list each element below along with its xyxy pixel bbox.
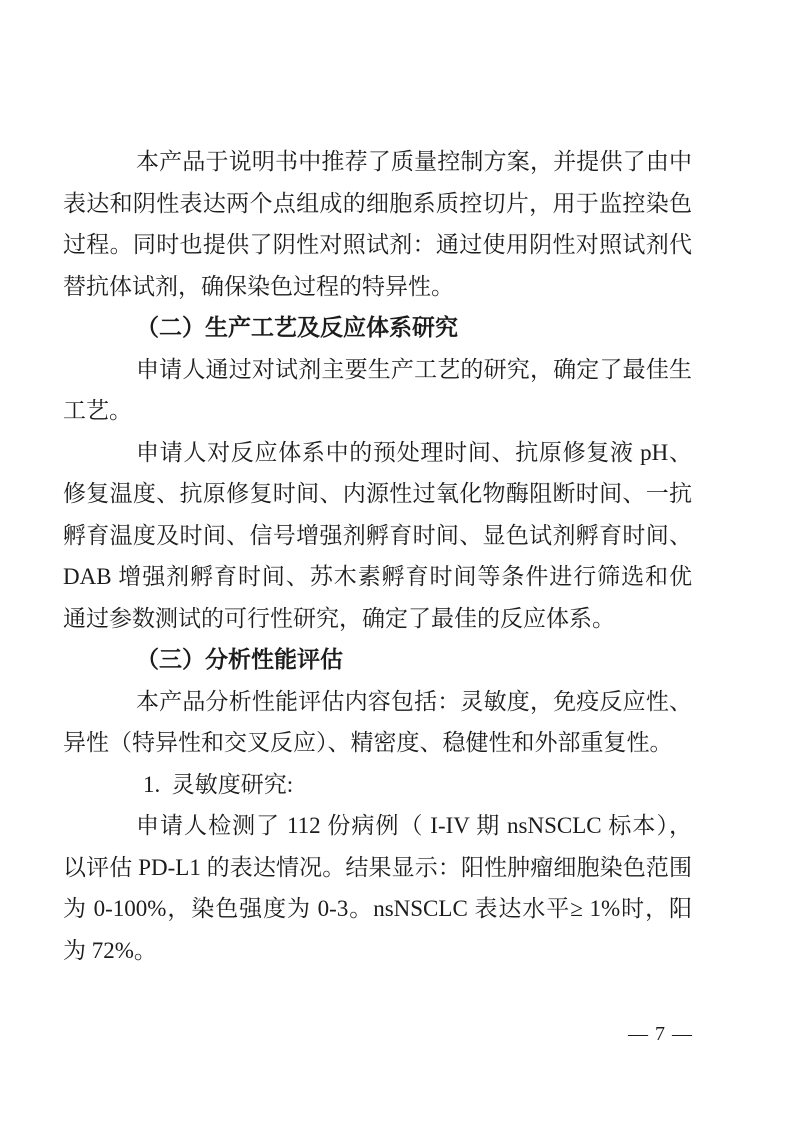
doc-line: 申请人检测了 112 份病例（ I-IV 期 nsNSCLC 标本），用: [63, 805, 692, 847]
doc-line: 过程。同时也提供了阴性对照试剂：通过使用阴性对照试剂代: [63, 224, 692, 266]
doc-line: 孵育温度及时间、信号增强剂孵育时间、显色试剂孵育时间、: [63, 515, 692, 557]
doc-line: 申请人对反应体系中的预处理时间、抗原修复液 pH、抗原: [63, 432, 692, 474]
doc-line: DAB 增强剂孵育时间、苏木素孵育时间等条件进行筛选和优化，: [63, 556, 692, 598]
doc-line: 替抗体试剂，确保染色过程的特异性。: [63, 266, 692, 308]
document-body: 本产品于说明书中推荐了质量控制方案，并提供了由中度 表达和阴性表达两个点组成的细…: [63, 141, 692, 971]
doc-line: 修复温度、抗原修复时间、内源性过氧化物酶阻断时间、一抗: [63, 473, 692, 515]
section-heading: （二）生产工艺及反应体系研究: [63, 307, 692, 349]
page-number: — 7 —: [628, 1023, 693, 1046]
doc-line: 本产品分析性能评估内容包括：灵敏度，免疫反应性、特: [63, 681, 692, 723]
doc-line: 通过参数测试的可行性研究，确定了最佳的反应体系。: [63, 598, 692, 640]
document-page: 本产品于说明书中推荐了质量控制方案，并提供了由中度 表达和阴性表达两个点组成的细…: [0, 0, 793, 1122]
doc-line: 表达和阴性表达两个点组成的细胞系质控切片，用于监控染色: [63, 183, 692, 225]
doc-line: 本产品于说明书中推荐了质量控制方案，并提供了由中度: [63, 141, 692, 183]
doc-line: 为 0-100%，染色强度为 0-3。nsNSCLC 表达水平≥ 1%时，阳性率: [63, 888, 692, 930]
doc-line: 工艺。: [63, 390, 692, 432]
doc-line: 为 72%。: [63, 930, 692, 972]
doc-line: 申请人通过对试剂主要生产工艺的研究，确定了最佳生产: [63, 349, 692, 391]
section-heading: （三）分析性能评估: [63, 639, 692, 681]
doc-line: 异性（特异性和交叉反应）、精密度、稳健性和外部重复性。: [63, 722, 692, 764]
list-item-line: 1. 灵敏度研究:: [63, 764, 692, 806]
doc-line: 以评估 PD-L1 的表达情况。结果显示：阳性肿瘤细胞染色范围: [63, 847, 692, 889]
